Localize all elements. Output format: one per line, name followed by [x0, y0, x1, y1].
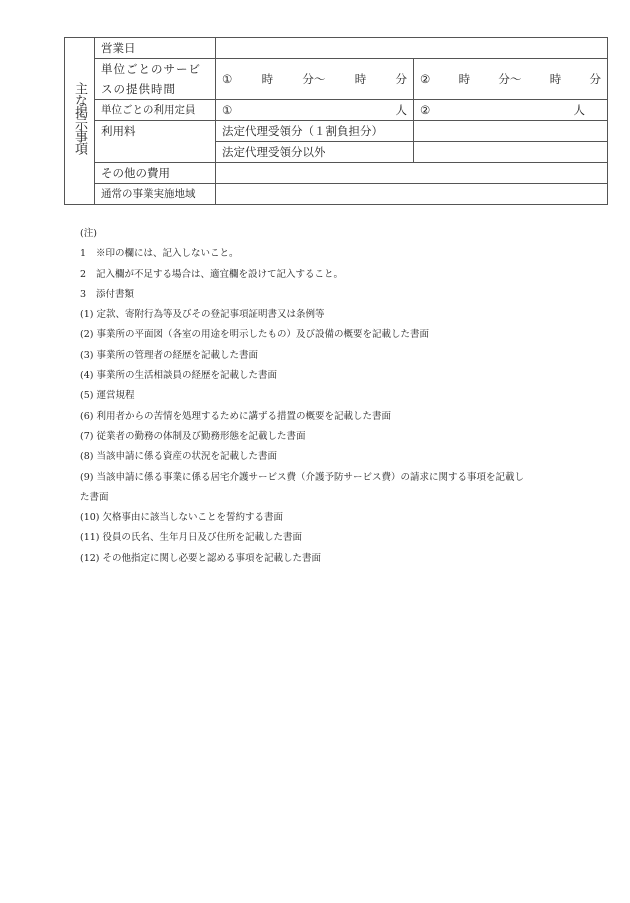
row-service-hours: 単位ごとのサービスの提供時間 ① 時 分～ 時 分 ② 時 分～ 時 分 — [65, 59, 608, 100]
capacity-label: 単位ごとの利用定員 — [95, 100, 216, 121]
section-label-cell: 主な掲示事項 — [65, 38, 95, 205]
minute-label: 分 — [396, 69, 408, 89]
row-other-costs: その他の費用 — [65, 163, 608, 184]
attachment-item: (7) 従業者の勤務の体制及び勤務形態を記載した書面 — [80, 427, 524, 447]
minute-label: 分～ — [302, 69, 325, 89]
persons-suffix: 人 — [574, 100, 586, 120]
unit2-mark: ② — [420, 69, 430, 89]
attachment-item: (9) 当該申請に係る事業に係る居宅介護サービス費（介護予防サービス費）の請求に… — [80, 468, 524, 488]
minute-label: 分 — [590, 69, 602, 89]
unit1-mark: ① — [222, 100, 232, 120]
hour-label: 時 — [550, 69, 562, 89]
attachment-item: (10) 欠格事由に該当しないことを誓約する書面 — [80, 508, 524, 528]
fees-label: 利用料 — [95, 121, 216, 163]
attachment-item: (4) 事業所の生活相談員の経歴を記載した書面 — [80, 366, 524, 386]
unit2-mark: ② — [420, 100, 430, 120]
attachment-item: (3) 事業所の管理者の経歴を記載した書面 — [80, 346, 524, 366]
attachment-item-continuation: た書面 — [80, 488, 524, 508]
fees-nonstatutory-label: 法定代理受領分以外 — [216, 142, 414, 163]
service-area-label: 通常の事業実施地域 — [95, 184, 216, 205]
note-item: 3添付書類 — [80, 285, 524, 305]
service-area-field[interactable] — [216, 184, 608, 205]
fees-nonstatutory-field[interactable] — [414, 142, 608, 163]
attachment-item: (2) 事業所の平面図（各室の用途を明示したもの）及び設備の概要を記載した書面 — [80, 325, 524, 345]
persons-suffix: 人 — [396, 100, 408, 120]
capacity-unit1-field[interactable]: ① 人 — [216, 100, 414, 121]
fees-statutory-label: 法定代理受領分（１割負担分） — [216, 121, 414, 142]
row-service-area: 通常の事業実施地域 — [65, 184, 608, 205]
attachment-item: (6) 利用者からの苦情を処理するために講ずる措置の概要を記載した書面 — [80, 407, 524, 427]
business-days-label: 営業日 — [95, 38, 216, 59]
attachment-item: (1) 定款、寄附行為等及びその登記事項証明書又は条例等 — [80, 305, 524, 325]
fees-statutory-field[interactable] — [414, 121, 608, 142]
service-hours-label: 単位ごとのサービスの提供時間 — [95, 59, 216, 100]
row-capacity: 単位ごとの利用定員 ① 人 ② 人 — [65, 100, 608, 121]
posting-items-table: 主な掲示事項 営業日 単位ごとのサービスの提供時間 ① 時 分～ 時 分 ② 時… — [64, 37, 608, 205]
hour-label: 時 — [459, 69, 471, 89]
service-hours-unit1-field[interactable]: ① 時 分～ 時 分 — [216, 59, 414, 100]
attachment-item: (8) 当該申請に係る資産の状況を記載した書面 — [80, 447, 524, 467]
section-label: 主な掲示事項 — [73, 82, 86, 154]
capacity-unit2-field[interactable]: ② 人 — [414, 100, 608, 121]
hour-label: 時 — [262, 69, 274, 89]
note-item: 2記入欄が不足する場合は、適宜欄を設けて記入すること。 — [80, 265, 524, 285]
attachment-item: (11) 役員の氏名、生年月日及び住所を記載した書面 — [80, 528, 524, 548]
attachment-item: (12) その他指定に関し必要と認める事項を記載した書面 — [80, 549, 524, 569]
notes-section: (注) 1※印の欄には、記入しないこと。 2記入欄が不足する場合は、適宜欄を設け… — [80, 224, 524, 569]
note-item: 1※印の欄には、記入しないこと。 — [80, 244, 524, 264]
row-fees-statutory: 利用料 法定代理受領分（１割負担分） — [65, 121, 608, 142]
notes-heading: (注) — [80, 224, 524, 244]
row-business-days: 主な掲示事項 営業日 — [65, 38, 608, 59]
attachment-item: (5) 運営規程 — [80, 386, 524, 406]
service-hours-unit2-field[interactable]: ② 時 分～ 時 分 — [414, 59, 608, 100]
minute-label: 分～ — [498, 69, 521, 89]
unit1-mark: ① — [222, 69, 232, 89]
business-days-field[interactable] — [216, 38, 608, 59]
other-costs-field[interactable] — [216, 163, 608, 184]
hour-label: 時 — [355, 69, 367, 89]
other-costs-label: その他の費用 — [95, 163, 216, 184]
